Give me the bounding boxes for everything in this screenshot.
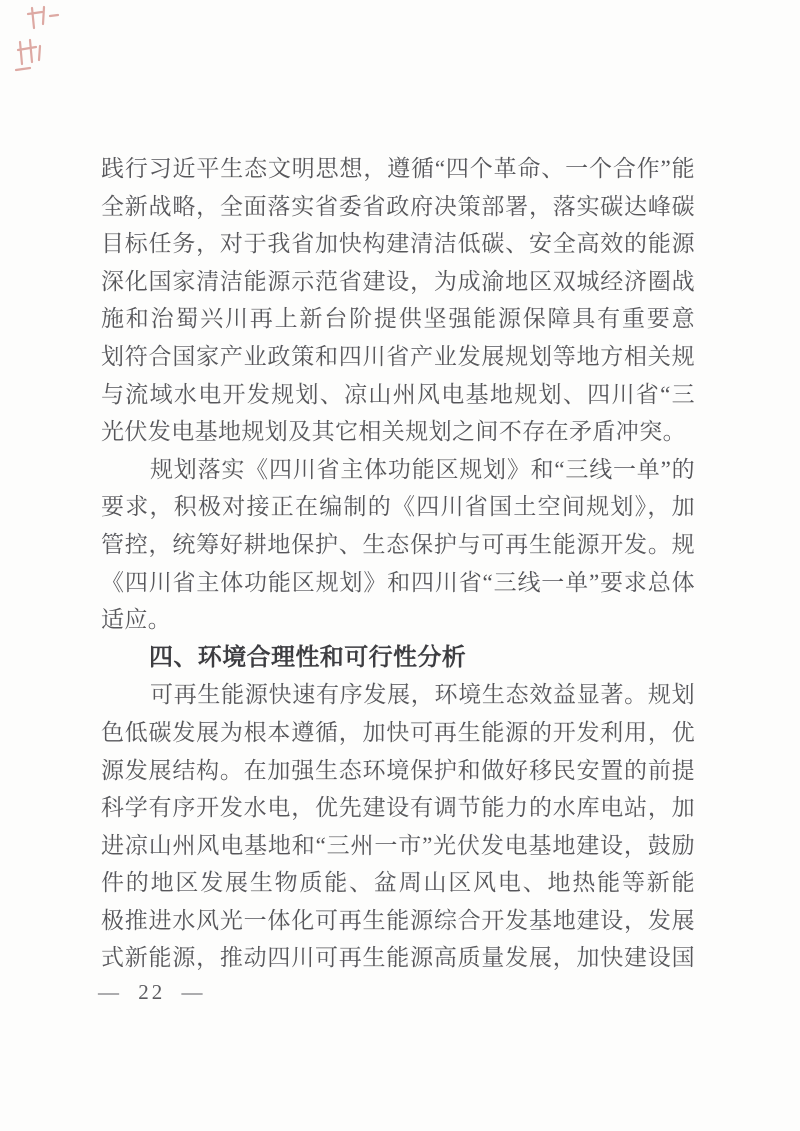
page-number: — 22 — bbox=[98, 980, 206, 1005]
text-line: 光伏发电基地规划及其它相关规划之间不存在矛盾冲突。 bbox=[101, 413, 695, 451]
text-line: 要求，积极对接正在编制的《四川省国土空间规划》，加强空间 bbox=[101, 488, 695, 526]
red-pen-strokes bbox=[16, 7, 58, 70]
text-line: 深化国家清洁能源示范省建设，为成渝地区双城经济圈战略实 bbox=[101, 263, 695, 301]
scanned-document-page: 践行习近平生态文明思想，遵循“四个革命、一个合作”能源安全新战略，全面落实省委省… bbox=[0, 0, 800, 1131]
text-line: 践行习近平生态文明思想，遵循“四个革命、一个合作”能源安 bbox=[101, 150, 695, 188]
text-line: 全新战略，全面落实省委省政府决策部署，落实碳达峰碳中和 bbox=[101, 188, 695, 226]
text-line: 施和治蜀兴川再上新台阶提供坚强能源保障具有重要意义。规 bbox=[101, 300, 695, 338]
text-line: 色低碳发展为根本遵循，加快可再生能源的开发利用，优化能 bbox=[101, 714, 695, 752]
text-line: 科学有序开发水电，优先建设有调节能力的水库电站，加快推 bbox=[101, 789, 695, 827]
section-heading: 四、环境合理性和可行性分析 bbox=[101, 639, 695, 677]
text-line: 划符合国家产业政策和四川省产业发展规划等地方相关规划， bbox=[101, 338, 695, 376]
document-body: 践行习近平生态文明思想，遵循“四个革命、一个合作”能源安全新战略，全面落实省委省… bbox=[101, 150, 695, 977]
text-line: 适应。 bbox=[101, 601, 695, 639]
text-line: 极推进水风光一体化可再生能源综合开发基地建设，发展分布 bbox=[101, 902, 695, 940]
paragraph: 可再生能源快速有序发展，环境生态效益显著。规划以绿色低碳发展为根本遵循，加快可再… bbox=[101, 676, 695, 977]
text-line: 目标任务，对于我省加快构建清洁低碳、安全高效的能源体系， bbox=[101, 225, 695, 263]
text-line: 进凉山州风电基地和“三州一市”光伏发电基地建设，鼓励有条 bbox=[101, 827, 695, 865]
text-line: 可再生能源快速有序发展，环境生态效益显著。规划以绿 bbox=[101, 676, 695, 714]
paragraph: 践行习近平生态文明思想，遵循“四个革命、一个合作”能源安全新战略，全面落实省委省… bbox=[101, 150, 695, 451]
text-line: 与流域水电开发规划、凉山州风电基地规划、四川省“三州一市” bbox=[101, 376, 695, 414]
text-line: 件的地区发展生物质能、盆周山区风电、地热能等新能源，积 bbox=[101, 864, 695, 902]
paragraph: 规划落实《四川省主体功能区规划》和“三线一单”的管控要求，积极对接正在编制的《四… bbox=[101, 451, 695, 639]
text-line: 管控，统筹好耕地保护、生态保护与可再生能源开发。规划与 bbox=[101, 526, 695, 564]
text-line: 式新能源，推动四川可再生能源高质量发展，加快建设国家重 bbox=[101, 939, 695, 977]
text-line: 规划落实《四川省主体功能区规划》和“三线一单”的管控 bbox=[101, 451, 695, 489]
red-pen-margin-marks-icon bbox=[10, 2, 70, 77]
text-line: 《四川省主体功能区规划》和四川省“三线一单”要求总体上相 bbox=[101, 564, 695, 602]
text-line: 源发展结构。在加强生态环境保护和做好移民安置的前提下， bbox=[101, 752, 695, 790]
